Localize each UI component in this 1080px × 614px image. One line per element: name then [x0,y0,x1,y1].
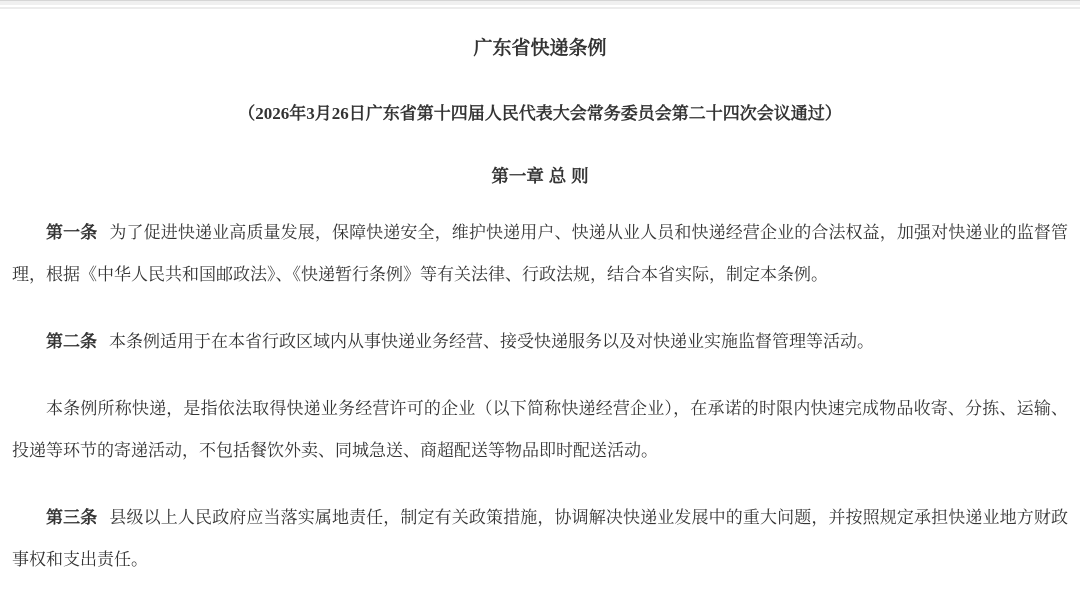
article-paragraph: 第一条为了促进快递业高质量发展，保障快递安全，维护快递用户、快递从业人员和快递经… [12,212,1068,296]
article-paragraph: 第三条县级以上人民政府应当落实属地责任，制定有关政策措施，协调解决快递业发展中的… [12,497,1068,581]
top-divider-line [0,7,1080,9]
article-text: 本条例适用于在本省行政区域内从事快递业务经营、接受快递服务以及对快递业实施监督管… [109,332,874,351]
article-number-label: 第一条 [46,223,97,242]
article-text: 本条例所称快递，是指依法取得快递业务经营许可的企业（以下简称快递经营企业），在承… [12,399,1068,460]
document-title: 广东省快递条例 [12,38,1068,61]
article-number-label: 第三条 [46,508,97,527]
chapter-heading: 第一章 总 则 [12,166,1068,187]
article-paragraph: 本条例所称快递，是指依法取得快递业务经营许可的企业（以下简称快递经营企业），在承… [12,388,1068,472]
document-body: 第一条为了促进快递业高质量发展，保障快递安全，维护快递用户、快递从业人员和快递经… [12,212,1068,581]
article-text: 为了促进快递业高质量发展，保障快递安全，维护快递用户、快递从业人员和快递经营企业… [12,223,1068,284]
article-number-label: 第二条 [46,332,97,351]
article-text: 县级以上人民政府应当落实属地责任，制定有关政策措施，协调解决快递业发展中的重大问… [12,508,1068,569]
article-paragraph: 第二条本条例适用于在本省行政区域内从事快递业务经营、接受快递服务以及对快递业实施… [12,321,1068,363]
document-page: 广东省快递条例 （2026年3月26日广东省第十四届人民代表大会常务委员会第二十… [0,38,1080,581]
document-adoption-subtitle: （2026年3月26日广东省第十四届人民代表大会常务委员会第二十四次会议通过） [12,103,1068,125]
